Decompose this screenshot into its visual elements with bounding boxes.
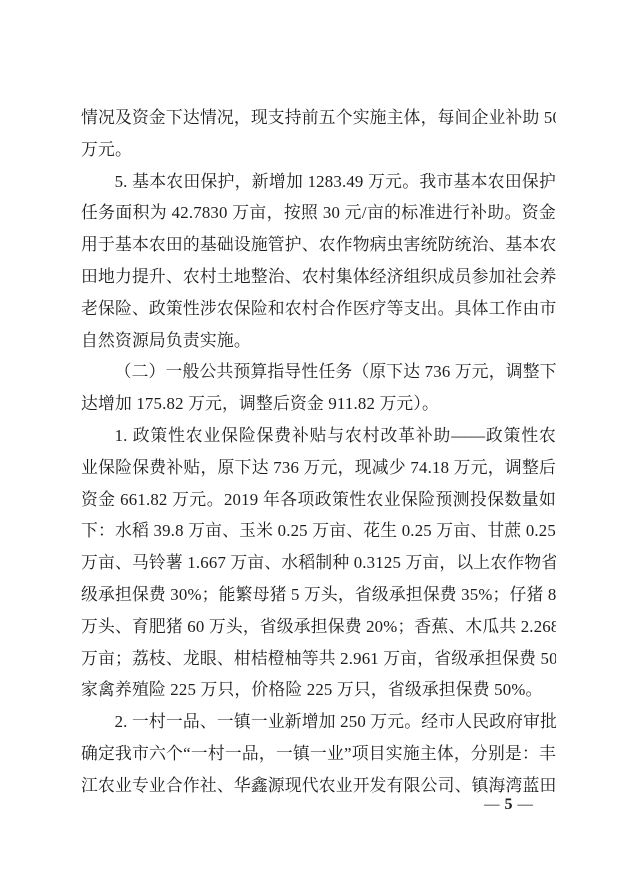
text-line: 任务面积为 42.7830 万亩，按照 30 元/亩的标准进行补助。资金 [81,197,556,229]
text-line: 家禽养殖险 225 万只，价格险 225 万只，省级承担保费 50%。 [81,674,556,706]
text-line: 资金 661.82 万元。2019 年各项政策性农业保险预测投保数量如 [81,484,556,516]
text-line: 确定我市六个“一村一品，一镇一业”项目实施主体，分别是：丰 [81,738,556,770]
text-line: 5. 基本农田保护，新增加 1283.49 万元。我市基本农田保护 [81,166,556,198]
document-body: 情况及资金下达情况，现支持前五个实施主体，每间企业补助 50万元。5. 基本农田… [81,102,556,802]
text-line: 万元。 [81,134,556,166]
text-line: 万亩；荔枝、龙眼、柑桔橙柚等共 2.961 万亩，省级承担保费 50%； [81,643,556,675]
text-line: 下：水稻 39.8 万亩、玉米 0.25 万亩、花生 0.25 万亩、甘蔗 0.… [81,515,556,547]
page-number-value: 5 [505,796,513,813]
text-line: 达增加 175.82 万元，调整后资金 911.82 万元）。 [81,388,556,420]
text-line: （二）一般公共预算指导性任务（原下达 736 万元，调整下 [81,356,556,388]
text-line: 老保险、政策性涉农保险和农村合作医疗等支出。具体工作由市 [81,293,556,325]
text-line: 级承担保费 30%；能繁母猪 5 万头，省级承担保费 35%；仔猪 8.7 [81,579,556,611]
document-page: 情况及资金下达情况，现支持前五个实施主体，每间企业补助 50万元。5. 基本农田… [0,0,631,891]
text-line: 业保险保费补贴，原下达 736 万元，现减少 74.18 万元，调整后 [81,452,556,484]
text-line: 万头、育肥猪 60 万头，省级承担保费 20%；香蕉、木瓜共 2.268 [81,611,556,643]
page-number: —5— [484,794,533,816]
text-line: 万亩、马铃薯 1.667 万亩、水稻制种 0.3125 万亩，以上农作物省 [81,547,556,579]
text-line: 2. 一村一品、一镇一业新增加 250 万元。经市人民政府审批， [81,706,556,738]
text-line: 自然资源局负责实施。 [81,325,556,357]
page-number-dash-left: — [484,796,500,813]
page-number-dash-right: — [518,796,534,813]
text-line: 用于基本农田的基础设施管护、农作物病虫害统防统治、基本农 [81,229,556,261]
text-line: 情况及资金下达情况，现支持前五个实施主体，每间企业补助 50 [81,102,556,134]
text-line: 田地力提升、农村土地整治、农村集体经济组织成员参加社会养 [81,261,556,293]
text-line: 1. 政策性农业保险保费补贴与农村改革补助——政策性农 [81,420,556,452]
